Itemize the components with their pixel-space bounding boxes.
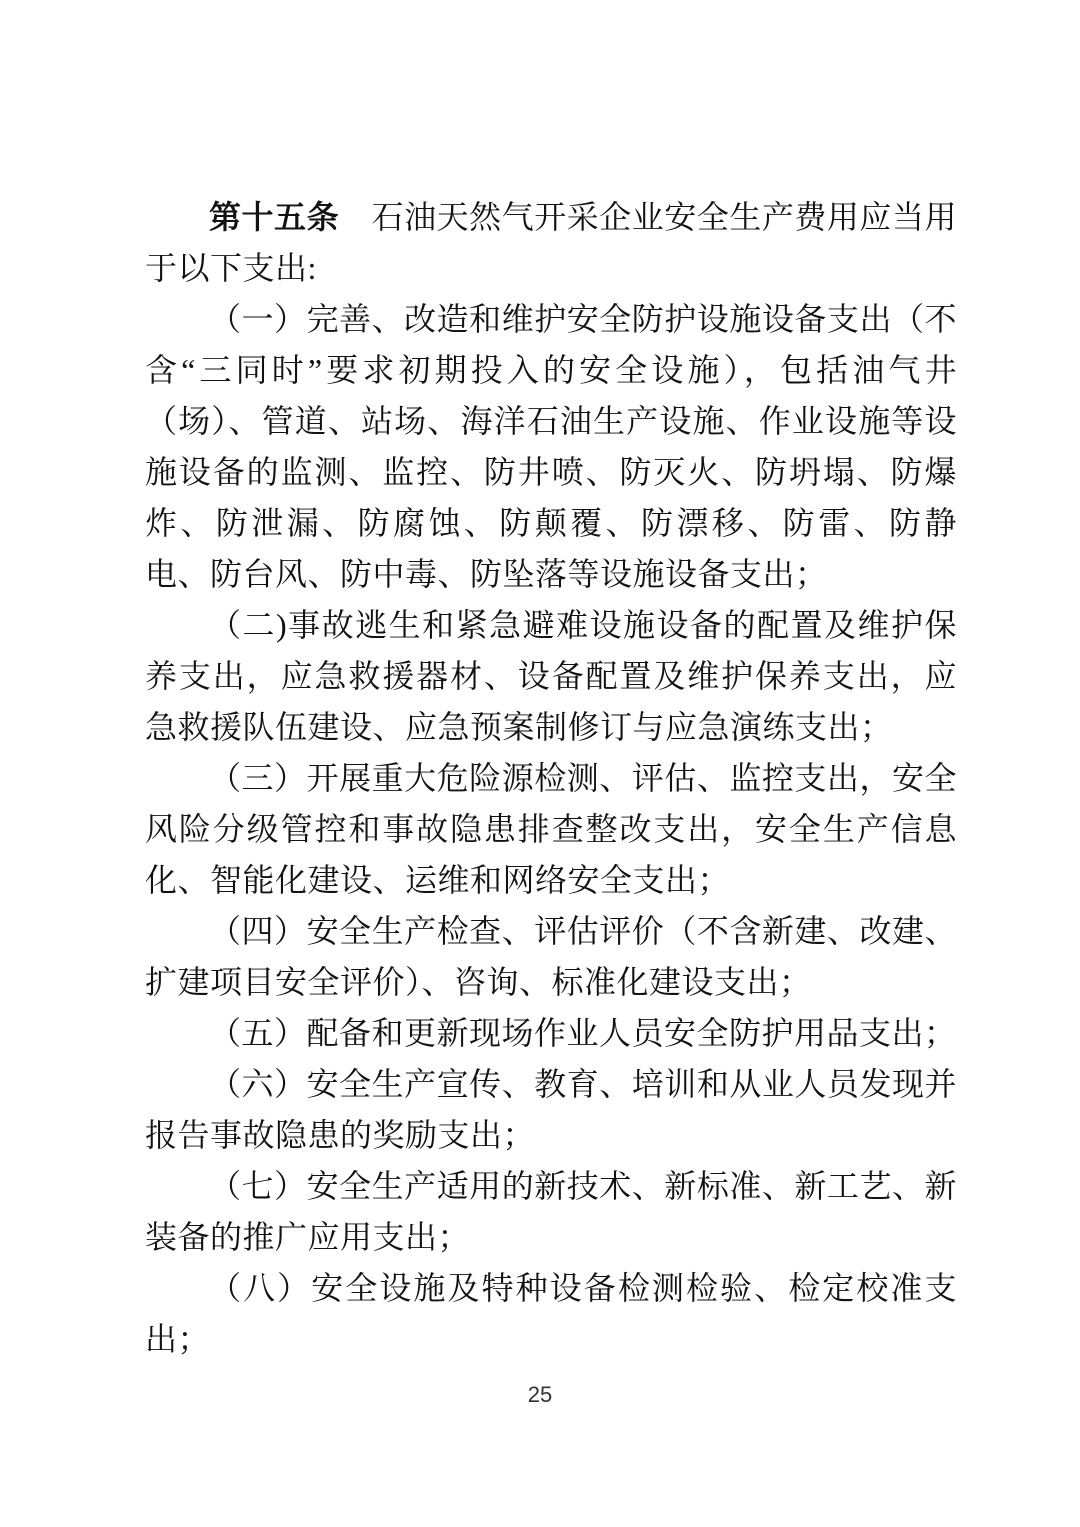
clause-item-4: （四）安全生产检查、评估评价（不含新建、改建、扩建项目安全评价）、咨询、标准化建… — [145, 906, 957, 1008]
clause-item-5: （五）配备和更新现场作业人员安全防护用品支出； — [145, 1008, 957, 1059]
article-number-label: 第十五条 — [209, 199, 339, 235]
document-body: 第十五条 石油天然气开采企业安全生产费用应当用于以下支出: （一）完善、改造和维… — [145, 192, 957, 1365]
clause-item-2: （二)事故逃生和紧急避难设施设备的配置及维护保养支出，应急救援器材、设备配置及维… — [145, 600, 957, 753]
document-page: 第十五条 石油天然气开采企业安全生产费用应当用于以下支出: （一）完善、改造和维… — [0, 0, 1080, 1527]
clause-item-7: （七）安全生产适用的新技术、新标准、新工艺、新装备的推广应用支出； — [145, 1161, 957, 1263]
clause-item-3: （三）开展重大危险源检测、评估、监控支出，安全风险分级管控和事故隐患排查整改支出… — [145, 753, 957, 906]
article-intro-paragraph: 第十五条 石油天然气开采企业安全生产费用应当用于以下支出: — [145, 192, 957, 294]
clause-item-1: （一）完善、改造和维护安全防护设施设备支出（不含“三同时”要求初期投入的安全设施… — [145, 294, 957, 600]
page-number: 25 — [0, 1382, 1080, 1408]
clause-item-8: （八）安全设施及特种设备检测检验、检定校准支出； — [145, 1263, 957, 1365]
clause-item-6: （六）安全生产宣传、教育、培训和从业人员发现并报告事故隐患的奖励支出； — [145, 1059, 957, 1161]
